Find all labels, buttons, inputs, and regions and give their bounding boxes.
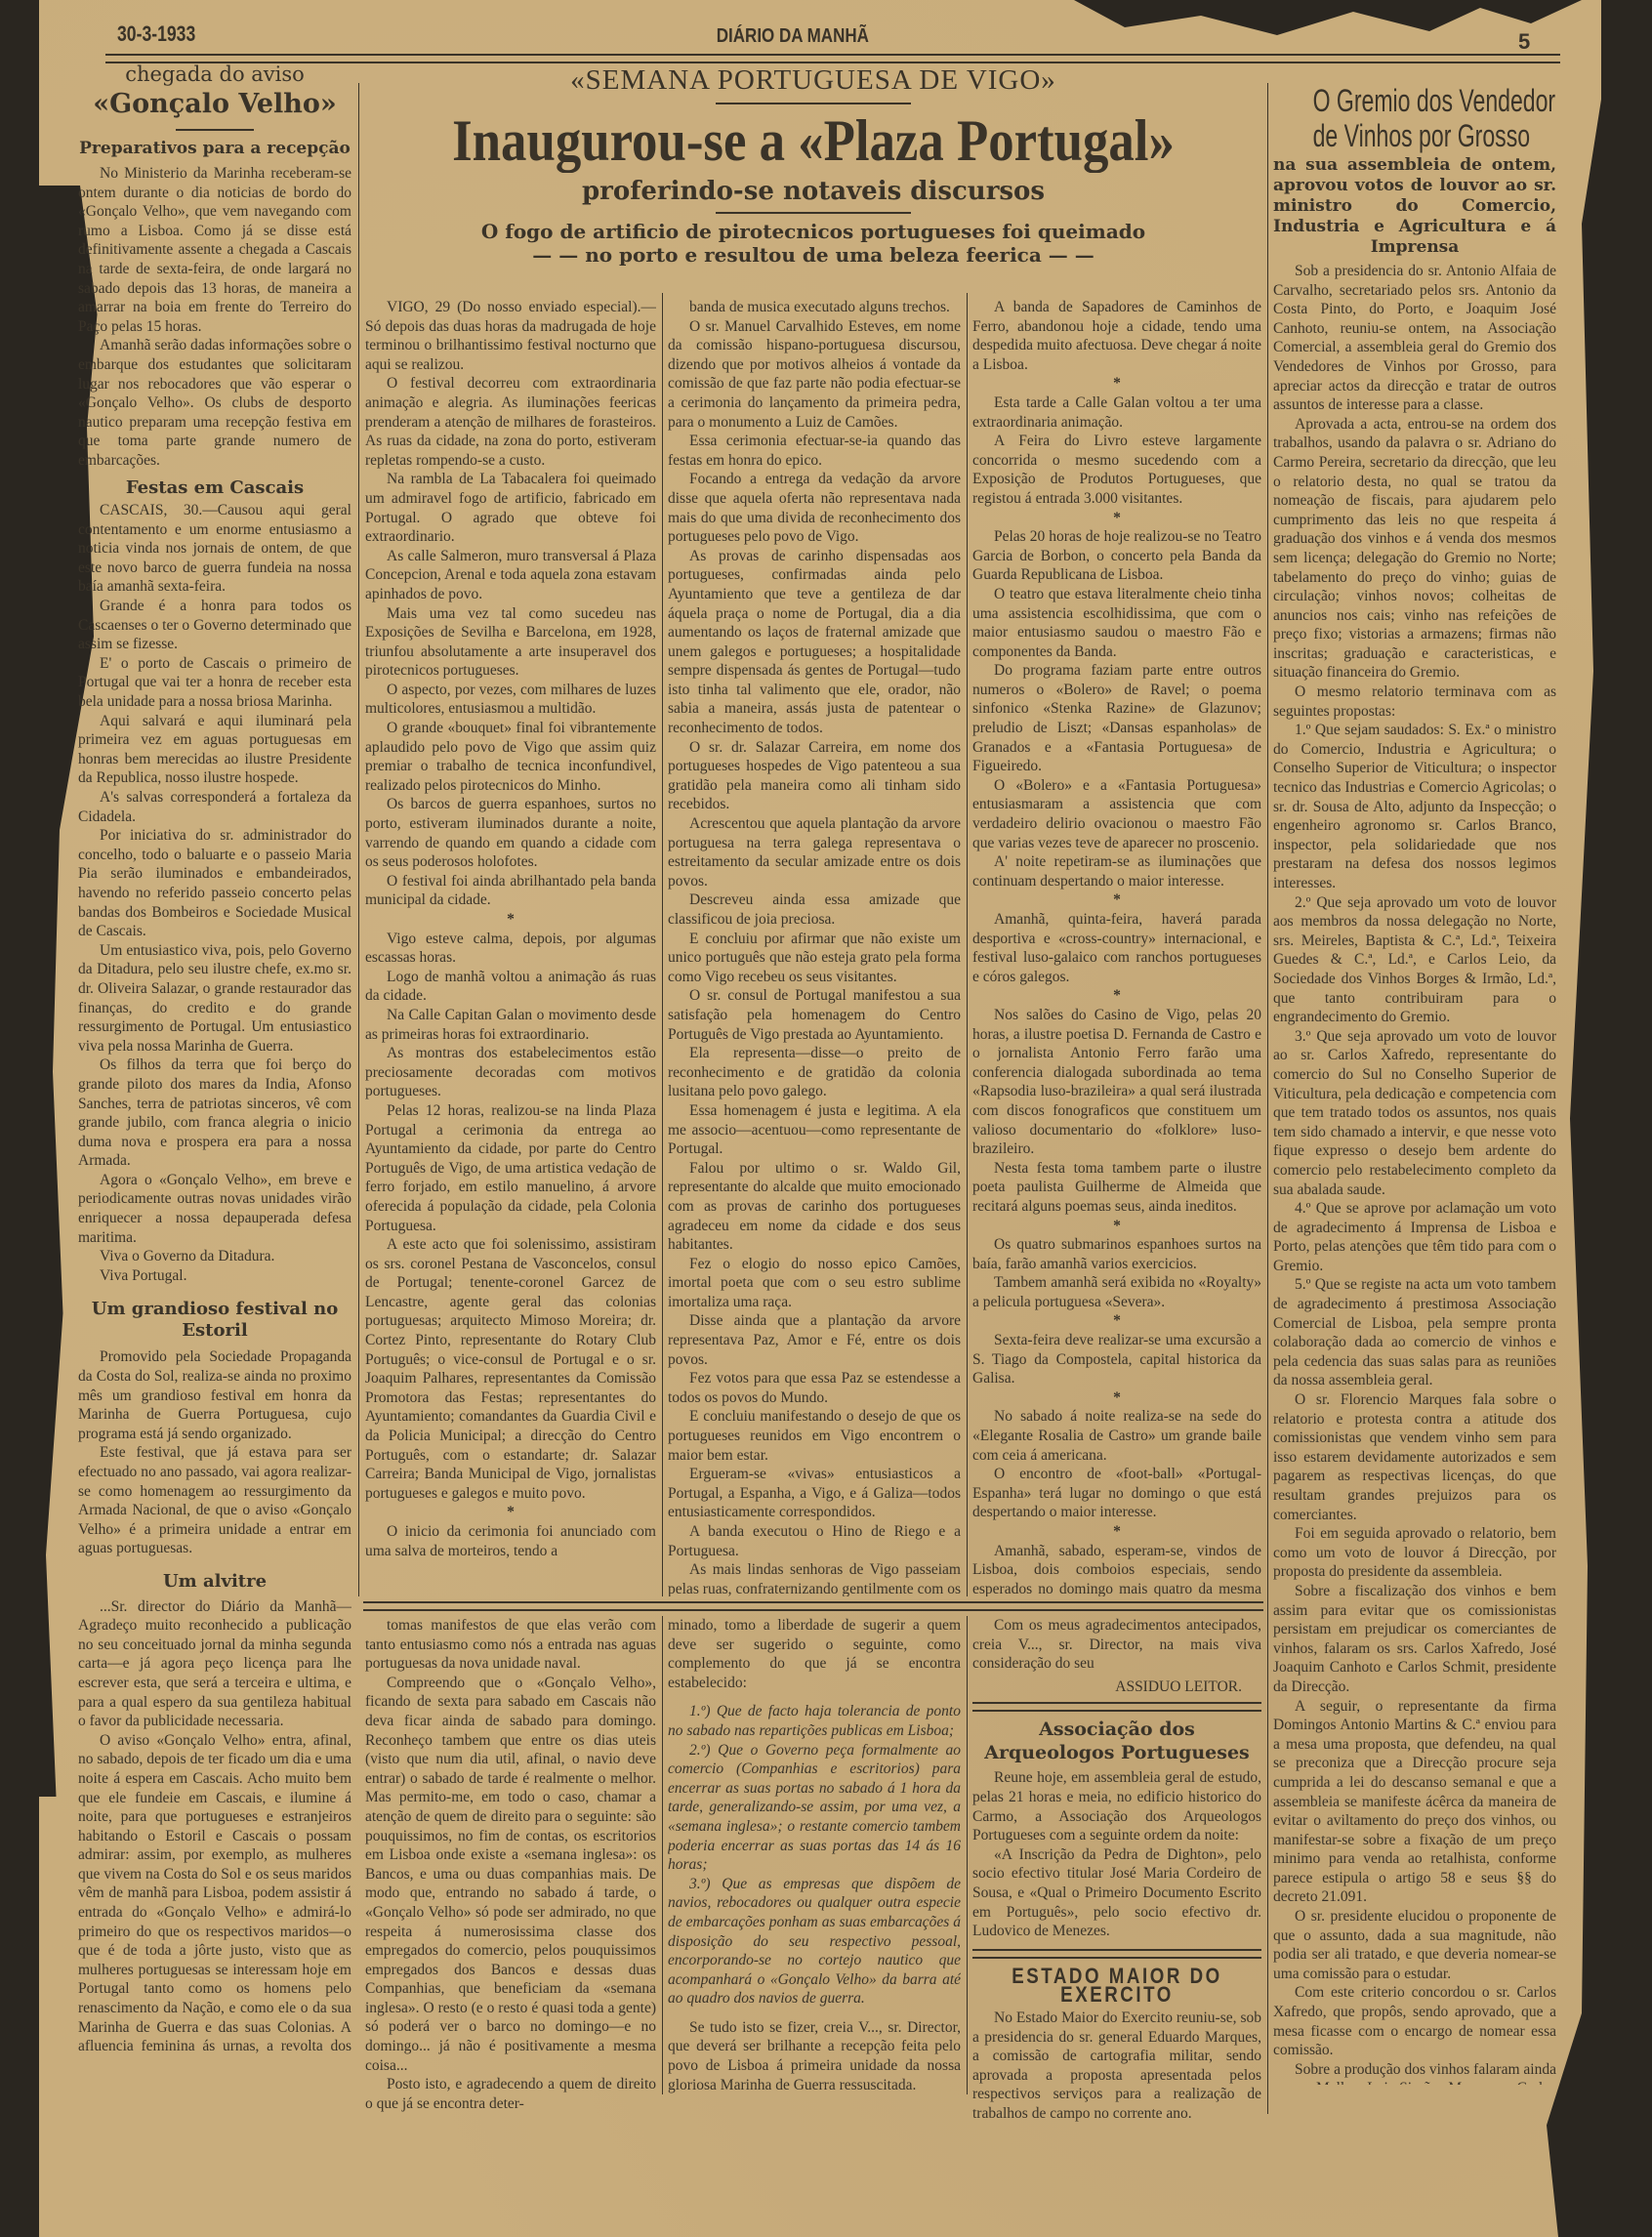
- paragraph: As montras dos estabelecimentos estão pr…: [365, 1044, 656, 1101]
- paragraph: E concluiu manifestando o desejo de que …: [668, 1407, 961, 1465]
- column-divider: [967, 293, 968, 1596]
- section-divider: [972, 1949, 1261, 1959]
- paragraph: O festival foi ainda abrilhantado pela b…: [365, 872, 656, 910]
- paragraph: Fez votos para que essa Paz se estendess…: [668, 1369, 961, 1407]
- asterisk-separator: *: [972, 986, 1261, 1006]
- article-body: Reune hoje, em assembleia geral de estud…: [972, 1768, 1261, 1940]
- deck: na sua assembleia de ontem, aprovou voto…: [1273, 155, 1556, 258]
- paragraph: O sr. dr. Salazar Carreira, em nome dos …: [668, 738, 961, 814]
- section-divider: [363, 1601, 1263, 1611]
- paragraph: Por iniciativa do sr. administrador do c…: [78, 826, 351, 941]
- subheading-festas-cascais: Festas em Cascais: [78, 478, 351, 498]
- article-body: No Estado Maior do Exercito reuniu-se, s…: [972, 2009, 1261, 2124]
- page-number: 5: [1518, 29, 1530, 55]
- divider: [716, 212, 911, 214]
- subheading-alvitre: Um alvitre: [78, 1572, 351, 1592]
- deck-1: proferindo-se notaveis discursos: [363, 177, 1263, 206]
- paragraph: O sr. Florencio Marques fala sobre o rel…: [1273, 1390, 1556, 1524]
- asterisk-separator: *: [972, 1217, 1261, 1236]
- paragraph: Agora o «Gonçalo Velho», em breve e peri…: [78, 1171, 351, 1247]
- paragraph: Sob a presidencia do sr. Antonio Alfaia …: [1273, 262, 1556, 415]
- letter-close: Se tudo isto se fizer, creia V..., sr. D…: [668, 2018, 961, 2094]
- newspaper-title: DIÁRIO DA MANHÃ: [717, 25, 869, 48]
- paragraph: 2.º Que seja aprovado um voto de louvor …: [1273, 893, 1556, 1027]
- paragraph: O inicio da cerimonia foi anunciado com …: [365, 1522, 656, 1560]
- divider: [716, 103, 911, 104]
- paragraph: Pelas 20 horas de hoje realizou-se no Te…: [972, 527, 1261, 585]
- paragraph: Pelas 12 horas, realizou-se na linda Pla…: [365, 1101, 656, 1235]
- paragraph: 3.º Que seja aprovado um voto de louvor …: [1273, 1027, 1556, 1199]
- article-body: No Ministerio da Marinha receberam-se on…: [78, 164, 351, 471]
- paragraph: Os barcos de guerra espanhoes, surtos no…: [365, 795, 656, 871]
- letter-proposals: 1.º) Que de facto haja tolerancia de pon…: [668, 1702, 961, 2009]
- paragraph: Na Calle Capitan Galan o movimento desde…: [365, 1006, 656, 1044]
- letter-closing: Com os meus agradecimentos antecipados, …: [972, 1616, 1261, 1674]
- paragraph: A' noite repetiram-se as iluminações que…: [972, 852, 1261, 891]
- column-divider: [967, 1616, 968, 2094]
- paragraph: Este festival, que já estava para ser ef…: [78, 1443, 351, 1558]
- article-vigo-col-1: VIGO, 29 (Do nosso enviado especial).—Só…: [365, 298, 656, 1596]
- kicker: «SEMANA PORTUGUESA DE VIGO»: [363, 64, 1263, 97]
- headline-part-1: chegada do aviso: [78, 61, 351, 88]
- divider: [176, 129, 254, 131]
- paragraph: Mais uma vez tal como sucedeu nas Exposi…: [365, 604, 656, 681]
- asterisk-separator: *: [972, 509, 1261, 528]
- asterisk-separator: *: [365, 1503, 656, 1522]
- paragraph: Posto isto, e agradecendo a quem de dire…: [365, 2075, 656, 2113]
- paragraph: A Feira do Livro esteve largamente conco…: [972, 432, 1261, 508]
- proposal-item: 1.º) Que de facto haja tolerancia de pon…: [668, 1702, 961, 1740]
- paragraph: 1.º Que sejam saudados: S. Ex.ª o minist…: [1273, 721, 1556, 892]
- paragraph: O sr. consul de Portugal manifestou a su…: [668, 986, 961, 1044]
- section-divider: [972, 1702, 1261, 1712]
- article-body: ...Sr. director do Diário da Manhã—Agrad…: [78, 1597, 351, 2056]
- paragraph: Nos salões do Casino de Vigo, pelas 20 h…: [972, 1006, 1261, 1159]
- paragraph: A's salvas corresponderá a fortaleza da …: [78, 788, 351, 826]
- paragraph: Com este criterio concordou o sr. Carlos…: [1273, 1983, 1556, 2059]
- letter-continuation-col-1: tomas manifestos de que elas verão com t…: [365, 1616, 656, 2124]
- paragraph: No Ministerio da Marinha receberam-se on…: [78, 164, 351, 336]
- paragraph: Reune hoje, em assembleia geral de estud…: [972, 1768, 1261, 1844]
- proposal-item: 2.º) Que o Governo peça formalmente ao c…: [668, 1741, 961, 1875]
- paragraph: Fez o elogio do nosso epico Camões, imor…: [668, 1255, 961, 1312]
- subheading-preparativos: Preparativos para a recepção: [78, 139, 351, 158]
- paragraph: O encontro de «foot-ball» «Portugal-Espa…: [972, 1465, 1261, 1522]
- paragraph: Foi em seguida aprovado o relatorio, bem…: [1273, 1524, 1556, 1582]
- paragraph: O aviso «Gonçalo Velho» entra, afinal, n…: [78, 1731, 351, 2056]
- deck-3: — — no porto e resultou de uma beleza fe…: [363, 243, 1263, 267]
- paragraph: Disse ainda que a plantação da arvore re…: [668, 1311, 961, 1369]
- paragraph: Do programa faziam parte entre outros nu…: [972, 661, 1261, 776]
- subheading-festival-estoril: Um grandioso festival no Estoril: [78, 1299, 351, 1342]
- paragraph: ...Sr. director do Diário da Manhã—Agrad…: [78, 1597, 351, 1731]
- paragraph: Nesta festa toma tambem parte o ilustre …: [972, 1159, 1261, 1217]
- paragraph: Amanhã serão dadas informações sobre o e…: [78, 336, 351, 470]
- paragraph: Acrescentou que aquela plantação da arvo…: [668, 814, 961, 891]
- paragraph: As provas de carinho dispensadas aos por…: [668, 547, 961, 738]
- paragraph: Grande é a honra para todos os Cascaense…: [78, 597, 351, 654]
- paragraph: tomas manifestos de que elas verão com t…: [365, 1616, 656, 1674]
- asterisk-separator: *: [972, 891, 1261, 910]
- paragraph: Amanhã, sabado, esperam-se, vindos de Li…: [972, 1542, 1261, 1596]
- paragraph: Sobre a produção dos vinhos falaram aind…: [1273, 2060, 1556, 2085]
- paragraph: Focando a entrega da vedação da arvore d…: [668, 470, 961, 546]
- paragraph: As mais lindas senhoras de Vigo passeiam…: [668, 1560, 961, 1596]
- paragraph: Essa cerimonia efectuar-se-ia quando das…: [668, 432, 961, 470]
- column-divider: [1267, 83, 1268, 2114]
- headline-arqueologos: Associação dos Arqueologos Portugueses: [972, 1718, 1261, 1764]
- paragraph: O «Bolero» e a «Fantasia Portuguesa» ent…: [972, 776, 1261, 852]
- paragraph: Os filhos da terra que foi berço do gran…: [78, 1056, 351, 1171]
- headline-estado-maior: ESTADO MAIOR DO EXERCITO: [994, 1967, 1240, 2005]
- letter-intro: minado, tomo a liberdade de sugerir a qu…: [668, 1616, 961, 1692]
- paragraph: Promovido pela Sociedade Propaganda da C…: [78, 1347, 351, 1443]
- paragraph: O aspecto, por vezes, com milhares de lu…: [365, 681, 656, 719]
- paragraph: No sabado á noite realiza-se na sede do …: [972, 1407, 1261, 1465]
- paragraph: Sexta-feira deve realizar-se uma excursã…: [972, 1331, 1261, 1388]
- paragraph: O sr. Manuel Carvalhido Esteves, em nome…: [668, 317, 961, 433]
- paragraph: Viva Portugal.: [78, 1266, 351, 1286]
- paragraph: E concluiu por afirmar que não existe um…: [668, 930, 961, 987]
- article-goncalo-velho: chegada do aviso «Gonçalo Velho» Prepara…: [78, 61, 351, 2056]
- article-vigo-col-3: A banda de Sapadores de Caminhos de Ferr…: [972, 298, 1261, 1596]
- paragraph: Viva o Governo da Ditadura.: [78, 1247, 351, 1266]
- paragraph: Os quatro submarinos espanhoes surtos na…: [972, 1235, 1261, 1273]
- paragraph: Esta tarde a Calle Galan voltou a ter um…: [972, 394, 1261, 432]
- paragraph: VIGO, 29 (Do nosso enviado especial).—Só…: [365, 298, 656, 374]
- article-vigo-col-2: banda de musica executado alguns trechos…: [668, 298, 961, 1596]
- paragraph: A seguir, o representante da firma Domin…: [1273, 1697, 1556, 1908]
- paragraph: A banda de Sapadores de Caminhos de Ferr…: [972, 298, 1261, 374]
- paragraph: A este acto que foi solenissimo, assisti…: [365, 1235, 656, 1503]
- paragraph: O sr. presidente elucidou o proponente d…: [1273, 1907, 1556, 1983]
- asterisk-separator: *: [972, 374, 1261, 394]
- paragraph: 5.º Que se registe na acta um voto tambe…: [1273, 1275, 1556, 1390]
- letter-continuation-col-3: Com os meus agradecimentos antecipados, …: [972, 1616, 1261, 2123]
- article-body: Promovido pela Sociedade Propaganda da C…: [78, 1347, 351, 1558]
- paragraph: Compreendo que o «Gonçalo Velho», ficand…: [365, 1674, 656, 2075]
- paragraph: Descreveu ainda essa amizade que classif…: [668, 891, 961, 929]
- proposal-item: 3.º) Que as empresas que dispõem de navi…: [668, 1875, 961, 2009]
- letter-continuation-col-2: minado, tomo a liberdade de sugerir a qu…: [668, 1616, 961, 2124]
- deck-2: O fogo de artificio de pirotecnicos port…: [363, 220, 1263, 243]
- paragraph: Logo de manhã voltou a animação ás ruas …: [365, 968, 656, 1006]
- article-body: CASCAIS, 30.—Causou aqui geral contentam…: [78, 501, 351, 1285]
- main-headline: Inaugurou-se a «Plaza Portugal»: [417, 110, 1209, 171]
- paragraph: E' o porto de Cascais o primeiro de Port…: [78, 654, 351, 712]
- paragraph: banda de musica executado alguns trechos…: [668, 298, 961, 317]
- paragraph: No Estado Maior do Exercito reuniu-se, s…: [972, 2009, 1261, 2124]
- paragraph: A banda executou o Hino de Riego e a Por…: [668, 1522, 961, 1560]
- paragraph: O grande «bouquet» final foi vibrantemen…: [365, 719, 656, 795]
- column-divider: [662, 293, 663, 1596]
- headline-part-2: de Vinhos por Grosso: [1313, 118, 1517, 153]
- column-divider: [358, 83, 359, 1596]
- article-vigo-headline: «SEMANA PORTUGUESA DE VIGO» Inaugurou-se…: [363, 64, 1263, 267]
- paragraph: «A Inscrição da Pedra de Dighton», pelo …: [972, 1845, 1261, 1941]
- paragraph: Falou por ultimo o sr. Waldo Gil, repres…: [668, 1159, 961, 1255]
- paragraph: Na rambla de La Tabacalera foi queimado …: [365, 470, 656, 546]
- column-divider: [662, 1616, 663, 2094]
- paragraph: Um entusiastico viva, pois, pelo Governo…: [78, 941, 351, 1056]
- paragraph: CASCAIS, 30.—Causou aqui geral contentam…: [78, 501, 351, 597]
- paragraph: As calle Salmeron, muro transversal á Pl…: [365, 547, 656, 604]
- article-body: Sob a presidencia do sr. Antonio Alfaia …: [1273, 262, 1556, 2085]
- paragraph: Ela representa—disse—o preito de reconhe…: [668, 1044, 961, 1101]
- article-gremio-vinhos: O Gremio dos Vendedores de Vinhos por Gr…: [1273, 83, 1556, 2085]
- asterisk-separator: *: [972, 1311, 1261, 1331]
- masthead: 30-3-1933 DIÁRIO DA MANHÃ 5: [98, 8, 1562, 55]
- paragraph: Aqui salvará e aqui iluminará pela prime…: [78, 712, 351, 788]
- headline-part-1: O Gremio dos Vendedores: [1313, 83, 1517, 118]
- paragraph: O teatro que estava literalmente cheio t…: [972, 585, 1261, 661]
- paragraph: O mesmo relatorio terminava com as segui…: [1273, 683, 1556, 721]
- asterisk-separator: *: [972, 1388, 1261, 1408]
- paragraph: Amanhã, quinta-feira, haverá parada desp…: [972, 910, 1261, 986]
- paragraph: Sobre a fiscalização dos vinhos e bem as…: [1273, 1582, 1556, 1697]
- paragraph: O festival decorreu com extraordinaria a…: [365, 374, 656, 470]
- letter-signature: ASSIDUO LEITOR.: [972, 1678, 1261, 1697]
- paragraph: 4.º Que se aprove por aclamação um voto …: [1273, 1199, 1556, 1275]
- paragraph: Essa homenagem é justa e legitima. A ela…: [668, 1101, 961, 1159]
- paragraph: Vigo esteve calma, depois, por algumas e…: [365, 930, 656, 968]
- headline-part-2: «Gonçalo Velho»: [78, 88, 351, 121]
- issue-date: 30-3-1933: [117, 21, 195, 47]
- paragraph: Ergueram-se «vivas» entusiasticos a Port…: [668, 1465, 961, 1522]
- asterisk-separator: *: [972, 1522, 1261, 1542]
- paragraph: Aprovada a acta, entrou-se na ordem dos …: [1273, 415, 1556, 683]
- paragraph: Tambem amanhã será exibida no «Royalty» …: [972, 1273, 1261, 1311]
- asterisk-separator: *: [365, 910, 656, 930]
